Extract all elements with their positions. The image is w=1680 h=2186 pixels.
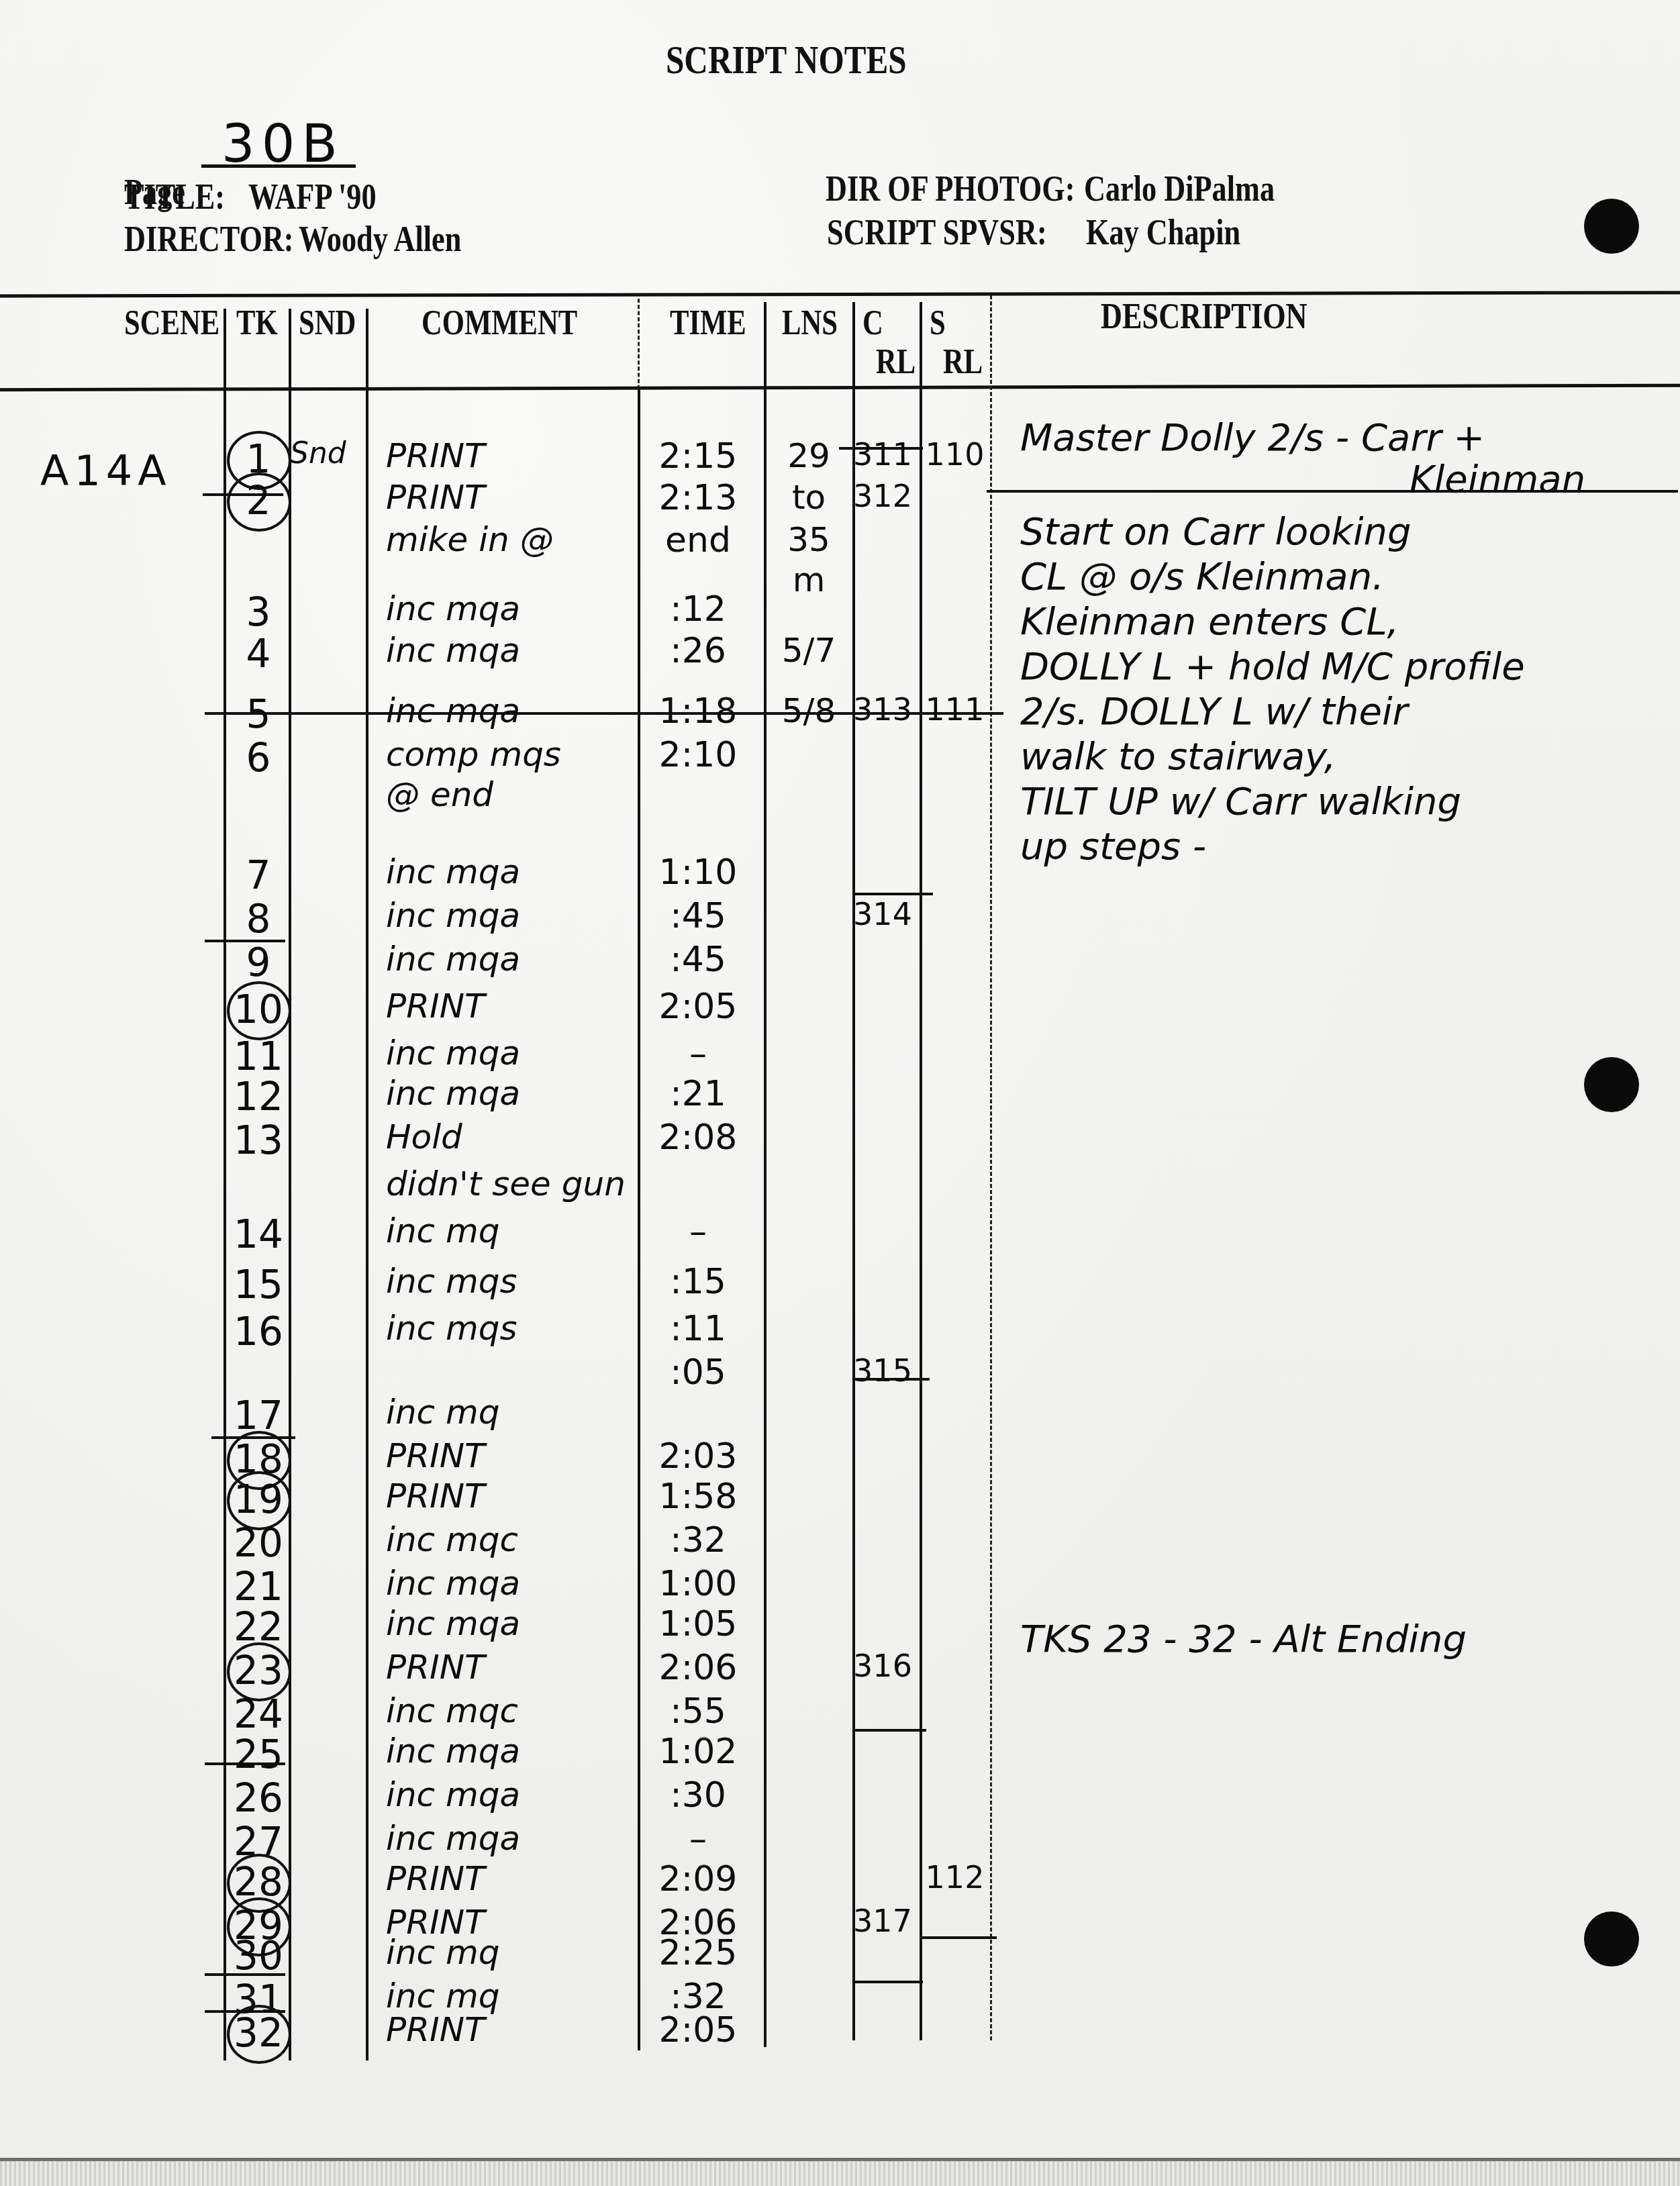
take-comment: mike in @: [386, 520, 554, 559]
take-c-rl: 317: [849, 1903, 916, 1939]
take-comment: PRINT: [386, 1859, 485, 1898]
scan-edge: [0, 2158, 1680, 2186]
take-tk: 11: [232, 1034, 285, 1079]
take-time: :05: [641, 1352, 755, 1393]
description-body-line: up steps -: [1020, 825, 1206, 868]
take-comment: inc mqa: [386, 940, 520, 979]
col-divider-c-s: [920, 302, 922, 2040]
col-divider-scene-tk: [224, 309, 226, 2060]
director-value: Woody Allen: [299, 218, 461, 260]
take-c-rl: 314: [849, 896, 916, 932]
take-time: 2:15: [641, 436, 755, 477]
take-tk: 15: [232, 1262, 285, 1307]
take-comment: inc mq: [386, 1393, 499, 1432]
take-comment: inc mqa: [386, 1074, 520, 1113]
take-time: :32: [641, 1520, 755, 1560]
take-comment: inc mqa: [386, 896, 520, 935]
description-body-line: TILT UP w/ Carr walking: [1020, 780, 1461, 824]
take-c-rl: 316: [849, 1648, 916, 1684]
col-time: TIME: [670, 303, 746, 343]
take-s-rl: 112: [923, 1859, 987, 1895]
take-tk: 7: [232, 852, 285, 898]
take-s-rl: 110: [923, 436, 987, 473]
take-time: :15: [641, 1262, 755, 1302]
take-comment: inc mqa: [386, 1819, 520, 1858]
director-label: DIRECTOR:: [124, 218, 294, 260]
take-tk: 24: [232, 1691, 285, 1737]
take-comment: comp mqs: [386, 735, 561, 774]
col-c: C: [862, 303, 883, 343]
take-s-rl: 111: [923, 691, 987, 728]
take-time: –: [641, 1034, 755, 1074]
take-time: 2:03: [641, 1436, 755, 1477]
col-divider-comment-time: [638, 299, 640, 389]
take-c-rl: 313: [849, 691, 916, 728]
description-body-line: Kleinman enters CL,: [1020, 600, 1399, 644]
col-c-rl: RL: [876, 342, 916, 382]
take-comment: inc mqc: [386, 1520, 518, 1559]
take-tk: 26: [232, 1775, 285, 1821]
take-time: 2:05: [641, 987, 755, 1027]
description-body-line: CL @ o/s Kleinman.: [1020, 555, 1384, 599]
take-time: end: [641, 520, 755, 560]
alt-ending-note: TKS 23 - 32 - Alt Ending: [1020, 1618, 1467, 1661]
description-body-line: Start on Carr looking: [1020, 510, 1412, 554]
c-rl-rule-317: [852, 1981, 923, 1983]
take-comment: PRINT: [386, 1436, 485, 1475]
take-time: 1:18: [641, 691, 755, 732]
col-description: DESCRIPTION: [1101, 295, 1307, 337]
supervisor-value: Kay Chapin: [1086, 211, 1240, 253]
take-lns: to: [772, 478, 846, 517]
take-tk: 16: [232, 1309, 285, 1354]
take-tk: 5: [232, 691, 285, 737]
page-underline: [201, 164, 356, 168]
take-comment: PRINT: [386, 1648, 485, 1687]
s-rl-rule-112: [920, 1936, 997, 1939]
take-time: :45: [641, 896, 755, 936]
take-c-rl: 312: [849, 478, 916, 514]
print-circle-icon: [227, 981, 291, 1040]
description-body-line: 2/s. DOLLY L w/ their: [1020, 690, 1407, 734]
col-tk: TK: [236, 303, 278, 343]
col-divider-comment-time-solid: [638, 389, 640, 2050]
take-time: :26: [641, 631, 755, 671]
take-comment: PRINT: [386, 2010, 485, 2049]
take-tk: 12: [232, 1074, 285, 1120]
take-time: :11: [641, 1309, 755, 1349]
take-comment: inc mqa: [386, 852, 520, 891]
col-scene: SCENE: [124, 303, 219, 343]
binder-hole-bottom: [1584, 1911, 1639, 1967]
dop-value: Carlo DiPalma: [1084, 168, 1275, 209]
take-lns: 5/8: [772, 691, 846, 730]
take-comment: inc mq: [386, 1933, 499, 1972]
col-s-rl: RL: [943, 342, 983, 382]
take-comment: inc mqs: [386, 1309, 517, 1348]
take-comment: inc mqa: [386, 1604, 520, 1643]
take-comment: inc mqc: [386, 1691, 518, 1730]
take-time: :30: [641, 1775, 755, 1816]
take-time: 2:06: [641, 1648, 755, 1688]
description-heading-line: Master Dolly 2/s - Carr +: [1020, 416, 1485, 460]
take-tk: 30: [232, 1933, 285, 1979]
take-time: 1:58: [641, 1477, 755, 1517]
take-time: 2:10: [641, 735, 755, 775]
col-divider-snd-comment: [366, 309, 368, 2060]
take-time: 1:10: [641, 852, 755, 893]
take-comment: PRINT: [386, 478, 485, 517]
take-time: :12: [641, 589, 755, 630]
take-time: 2:08: [641, 1117, 755, 1158]
title-label: TITLE:: [124, 176, 225, 217]
take-lns: 29: [772, 436, 846, 475]
take-time: 1:00: [641, 1564, 755, 1604]
description-body-line: walk to stairway,: [1020, 735, 1336, 779]
take-comment: inc mqa: [386, 1775, 520, 1814]
take-comment: didn't see gun: [386, 1164, 626, 1203]
take-comment: PRINT: [386, 987, 485, 1026]
binder-hole-middle: [1584, 1057, 1639, 1112]
take-snd: Snd: [290, 436, 346, 470]
take-comment: inc mqa: [386, 1564, 520, 1603]
take-tk: 21: [232, 1564, 285, 1609]
col-divider-s-description: [990, 295, 992, 2040]
scene-id: A14A: [40, 446, 172, 495]
col-divider-time-lns: [764, 302, 767, 2047]
c-rl-rule-316: [852, 1729, 926, 1732]
take-comment: PRINT: [386, 436, 485, 475]
take-c-rl: 315: [849, 1352, 916, 1389]
take-lns: 5/7: [772, 631, 846, 670]
dop-label: DIR OF PHOTOG:: [826, 168, 1075, 209]
description-body-line: DOLLY L + hold M/C profile: [1020, 645, 1525, 689]
take-tk: 25: [232, 1732, 285, 1777]
take-time: 1:05: [641, 1604, 755, 1644]
take-comment: inc mqa: [386, 631, 520, 670]
take-time: 2:25: [641, 1933, 755, 1973]
take-tk: 4: [232, 631, 285, 677]
take-comment: inc mqa: [386, 691, 520, 730]
col-comment: COMMENT: [422, 303, 577, 343]
take-time: 2:13: [641, 478, 755, 518]
col-divider-lns-c: [852, 302, 855, 2040]
col-lns: LNS: [782, 303, 838, 343]
take-tk: 6: [232, 735, 285, 781]
take-comment: inc mqa: [386, 1732, 520, 1771]
col-s: S: [930, 303, 946, 343]
take-comment: @ end: [386, 775, 493, 814]
take-c-rl: 311: [849, 436, 916, 473]
take-comment: Hold: [386, 1117, 462, 1156]
take-time: :21: [641, 1074, 755, 1114]
c-rl-rule-314: [852, 893, 933, 895]
take-lns: m: [772, 560, 846, 599]
take-time: 2:09: [641, 1859, 755, 1899]
take-time: 2:05: [641, 2010, 755, 2050]
form-title: SCRIPT NOTES: [666, 37, 907, 83]
take-time: :45: [641, 940, 755, 980]
take-tk: 9: [232, 940, 285, 985]
take-comment: inc mq: [386, 1211, 499, 1250]
take-time: –: [641, 1211, 755, 1252]
take-tk: 3: [232, 589, 285, 635]
col-divider-tk-snd: [289, 309, 291, 2060]
take-tk: 13: [232, 1117, 285, 1163]
take-lns: 35: [772, 520, 846, 559]
take-time: 1:02: [641, 1732, 755, 1772]
col-snd: SND: [299, 303, 356, 343]
take-comment: inc mqa: [386, 589, 520, 628]
take-comment: inc mqa: [386, 1034, 520, 1073]
description-heading-line: Kleinman: [1410, 458, 1585, 501]
take-tk: 14: [232, 1211, 285, 1257]
title-value: WAFP '90: [248, 176, 377, 217]
take-time: –: [641, 1819, 755, 1859]
take-tk: 8: [232, 896, 285, 942]
supervisor-label: SCRIPT SPVSR:: [827, 211, 1047, 253]
binder-hole-top: [1584, 199, 1639, 254]
print-circle-icon: [227, 2005, 291, 2064]
take-comment: inc mqs: [386, 1262, 517, 1301]
print-circle-icon: [227, 473, 291, 532]
take-time: :55: [641, 1691, 755, 1732]
take-comment: PRINT: [386, 1477, 485, 1516]
take-tk: 20: [232, 1520, 285, 1566]
